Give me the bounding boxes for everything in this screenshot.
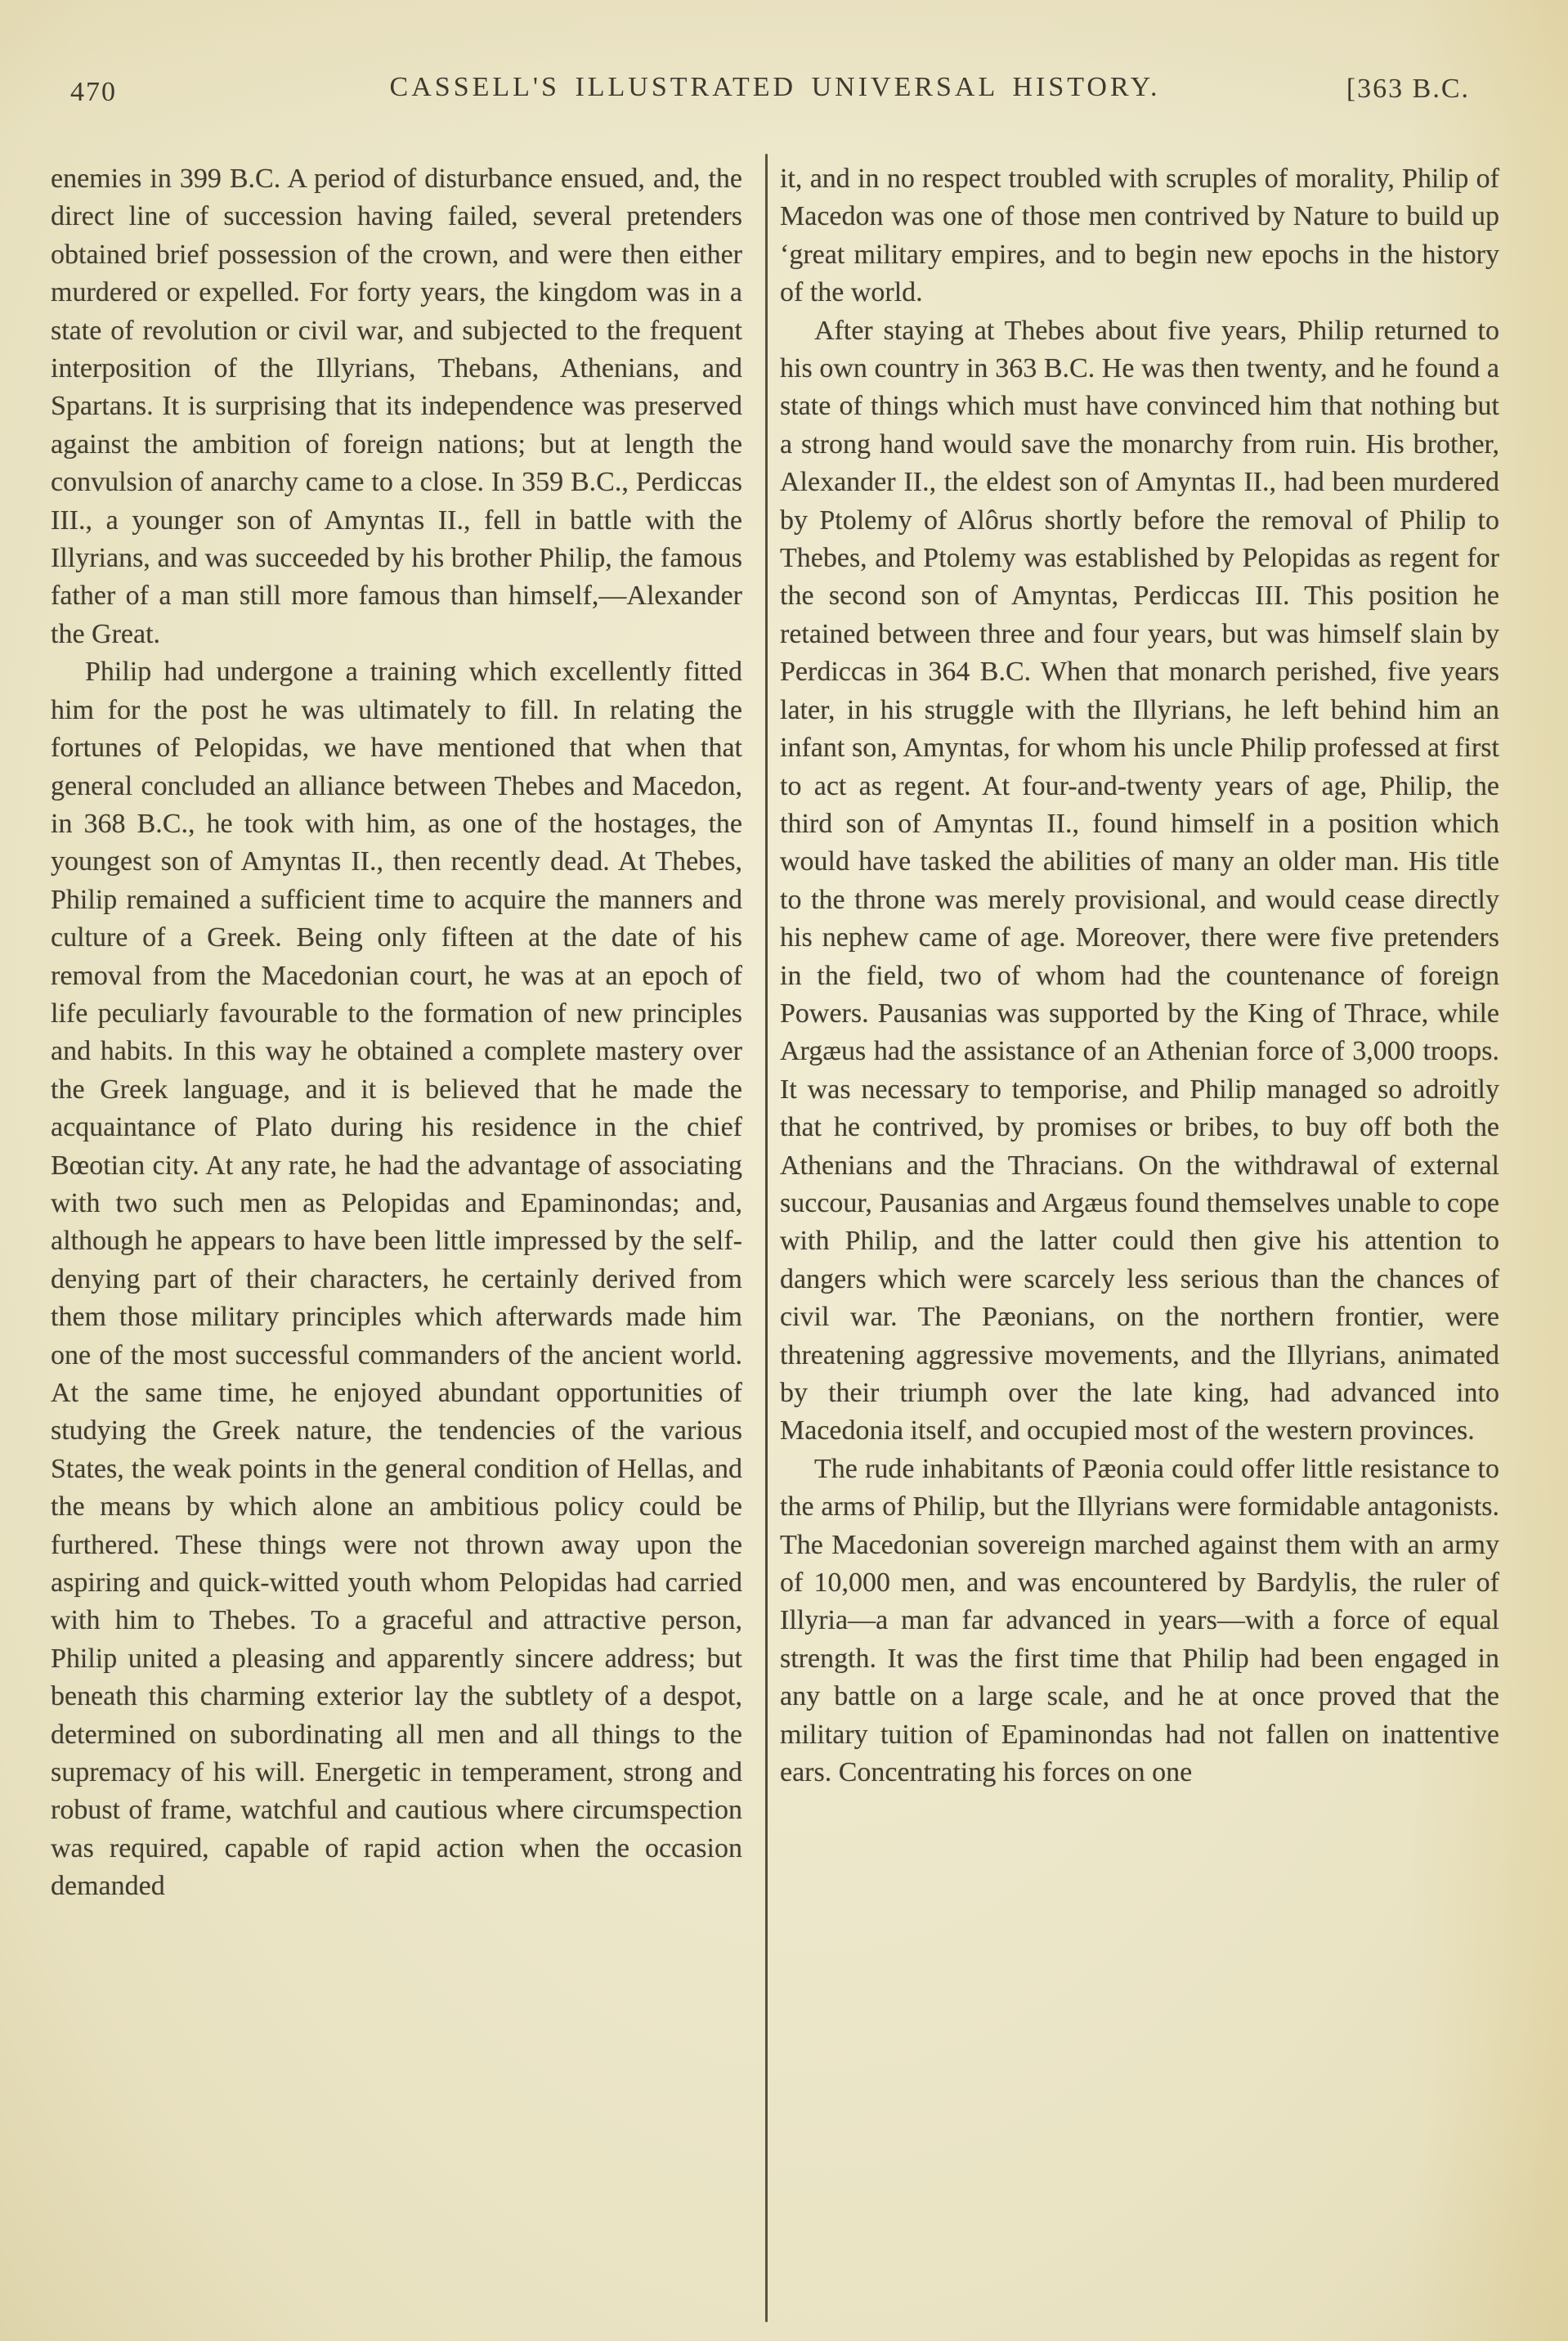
running-title: CASSELL'S ILLUSTRATED UNIVERSAL HISTORY. bbox=[51, 72, 1499, 103]
margin-date: [363 B.C. bbox=[1346, 74, 1470, 105]
paragraph: The rude inhabitants of Pæonia could off… bbox=[780, 1451, 1499, 1792]
column-right: it, and in no respect troubled with scru… bbox=[780, 160, 1499, 1792]
text-columns: enemies in 399 B.C. A period of disturba… bbox=[51, 160, 1503, 2322]
paragraph: Philip had undergone a training which ex… bbox=[51, 653, 742, 1905]
column-divider-rule bbox=[765, 154, 768, 2322]
paragraph: it, and in no respect troubled with scru… bbox=[780, 160, 1499, 312]
paragraph: enemies in 399 B.C. A period of disturba… bbox=[51, 160, 742, 653]
book-page: 470 CASSELL'S ILLUSTRATED UNIVERSAL HIST… bbox=[0, 0, 1568, 2341]
column-left: enemies in 399 B.C. A period of disturba… bbox=[51, 160, 742, 1906]
paragraph: After staying at Thebes about five years… bbox=[780, 312, 1499, 1451]
running-head: 470 CASSELL'S ILLUSTRATED UNIVERSAL HIST… bbox=[51, 72, 1499, 114]
